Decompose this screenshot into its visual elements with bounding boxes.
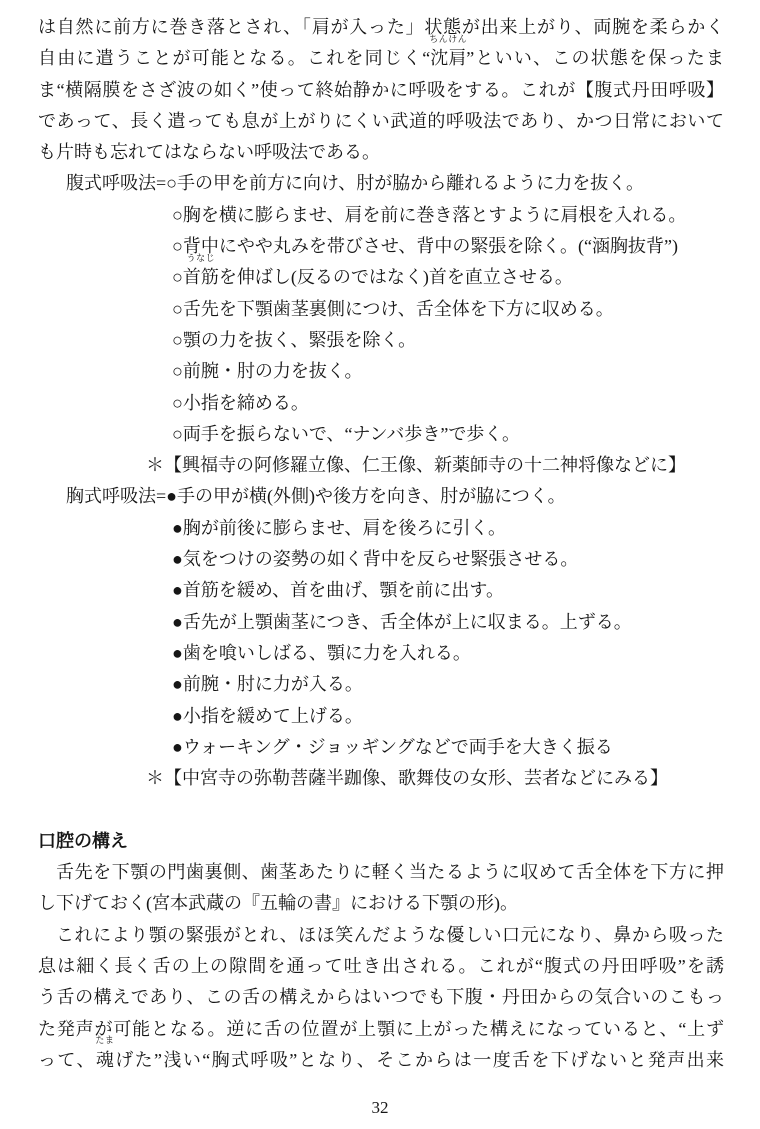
chest-breathing-list: 胸式呼吸法=●手の甲が横(外側)や後方を向き、肘が脇につく。●胸が前後に膨らませ… <box>38 481 724 794</box>
text-line: ●小指を緩めて上げる。 <box>38 701 724 732</box>
text-line: ま“横隔膜をさざ波の如く”使って終始静かに呼吸をする。これが【腹式丹田呼吸】 <box>38 75 724 106</box>
document-page: は自然に前方に巻き落とされ、「肩が入った」状態が出来上がり、両腕を柔らかく自由に… <box>0 0 760 1129</box>
text-line: も片時も忘れてはならない呼吸法である。 <box>38 137 724 168</box>
effect-paragraph: これにより顎の緊張がとれ、ほほ笑んだような優しい口元になり、鼻から吸った息は細く… <box>38 920 724 1076</box>
text-line: これにより顎の緊張がとれ、ほほ笑んだような優しい口元になり、鼻から吸った <box>38 920 724 951</box>
text-line: って、たま魂げた”浅い“胸式呼吸”となり、そこからは一度舌を下げないと発声出来 <box>38 1045 724 1076</box>
text-line: ●胸が前後に膨らませ、肩を後ろに引く。 <box>38 513 724 544</box>
tongue-position-paragraph: 舌先を下顎の門歯裏側、歯茎あたりに軽く当たるように収めて舌全体を下方に押し下げて… <box>38 857 724 920</box>
text-line: ●気をつけの姿勢の如く背中を反らせ緊張させる。 <box>38 544 724 575</box>
text-line: ○前腕・肘の力を抜く。 <box>38 356 724 387</box>
document-body: は自然に前方に巻き落とされ、「肩が入った」状態が出来上がり、両腕を柔らかく自由に… <box>38 12 724 1076</box>
text-line: は自然に前方に巻き落とされ、「肩が入った」状態が出来上がり、両腕を柔らかく <box>38 12 724 43</box>
text-line: し下げておく(宮本武蔵の『五輪の書』における下顎の形)。 <box>38 888 724 919</box>
text-line: であって、長く遣っても息が上がりにくい武道的呼吸法であり、かつ日常において <box>38 106 724 137</box>
text-line: 自由に遣うことが可能となる。これを同じく“ちんけん沈肩”といい、この状態を保った… <box>38 43 724 74</box>
text-line: ○舌先を下顎歯茎裏側につけ、舌全体を下方に収める。 <box>38 294 724 325</box>
text-line: た発声が可能となる。逆に舌の位置が上顎に上がった構えになっていると、“上ず <box>38 1014 724 1045</box>
intro-paragraph: は自然に前方に巻き落とされ、「肩が入った」状態が出来上がり、両腕を柔らかく自由に… <box>38 12 724 168</box>
ruby-annotation: うなじ首筋 <box>183 262 219 293</box>
text-line: 口腔の構え <box>38 826 724 857</box>
text-line: 舌先を下顎の門歯裏側、歯茎あたりに軽く当たるように収めて舌全体を下方に押 <box>38 857 724 888</box>
text-line: ●ウォーキング・ジョッギングなどで両手を大きく振る <box>38 732 724 763</box>
abdominal-breathing-list: 腹式呼吸法=○手の甲を前方に向け、肘が脇から離れるように力を抜く。○胸を横に膨ら… <box>38 168 724 481</box>
text-line: ●前腕・肘に力が入る。 <box>38 669 724 700</box>
text-line: 腹式呼吸法=○手の甲を前方に向け、肘が脇から離れるように力を抜く。 <box>38 168 724 199</box>
text-line: ○両手を振らないで、“ナンバ歩き”で歩く。 <box>38 419 724 450</box>
text-line: ○胸を横に膨らませ、肩を前に巻き落とすように肩根を入れる。 <box>38 200 724 231</box>
text-line: ○背中にやや丸みを帯びさせ、背中の緊張を除く。(“涵胸抜背”) <box>38 231 724 262</box>
text-line: 胸式呼吸法=●手の甲が横(外側)や後方を向き、肘が脇につく。 <box>38 481 724 512</box>
text-line: ＊【中宮寺の弥勒菩薩半跏像、歌舞伎の女形、芸者などにみる】 <box>38 763 724 794</box>
text-line: ●首筋を緩め、首を曲げ、顎を前に出す。 <box>38 575 724 606</box>
text-line: ○うなじ首筋を伸ばし(反るのではなく)首を直立させる。 <box>38 262 724 293</box>
text-line: ●舌先が上顎歯茎につき、舌全体が上に収まる。上ずる。 <box>38 607 724 638</box>
ruby-annotation: たま魂 <box>96 1045 114 1076</box>
page-number: 32 <box>0 1096 760 1120</box>
ruby-annotation: ちんけん沈肩 <box>430 43 466 74</box>
text-line: ○顎の力を抜く、緊張を除く。 <box>38 325 724 356</box>
text-line: 息は細く長く舌の上の隙間を通って吐き出される。これが“腹式の丹田呼吸”を誘 <box>38 951 724 982</box>
text-line: ●歯を喰いしばる、顎に力を入れる。 <box>38 638 724 669</box>
mouth-posture-heading: 口腔の構え <box>38 826 724 857</box>
text-line: ＊【興福寺の阿修羅立像、仁王像、新薬師寺の十二神将像などに】 <box>38 450 724 481</box>
text-line: う舌の構えであり、この舌の構えからはいつでも下腹・丹田からの気合いのこもっ <box>38 982 724 1013</box>
text-line: ○小指を締める。 <box>38 388 724 419</box>
